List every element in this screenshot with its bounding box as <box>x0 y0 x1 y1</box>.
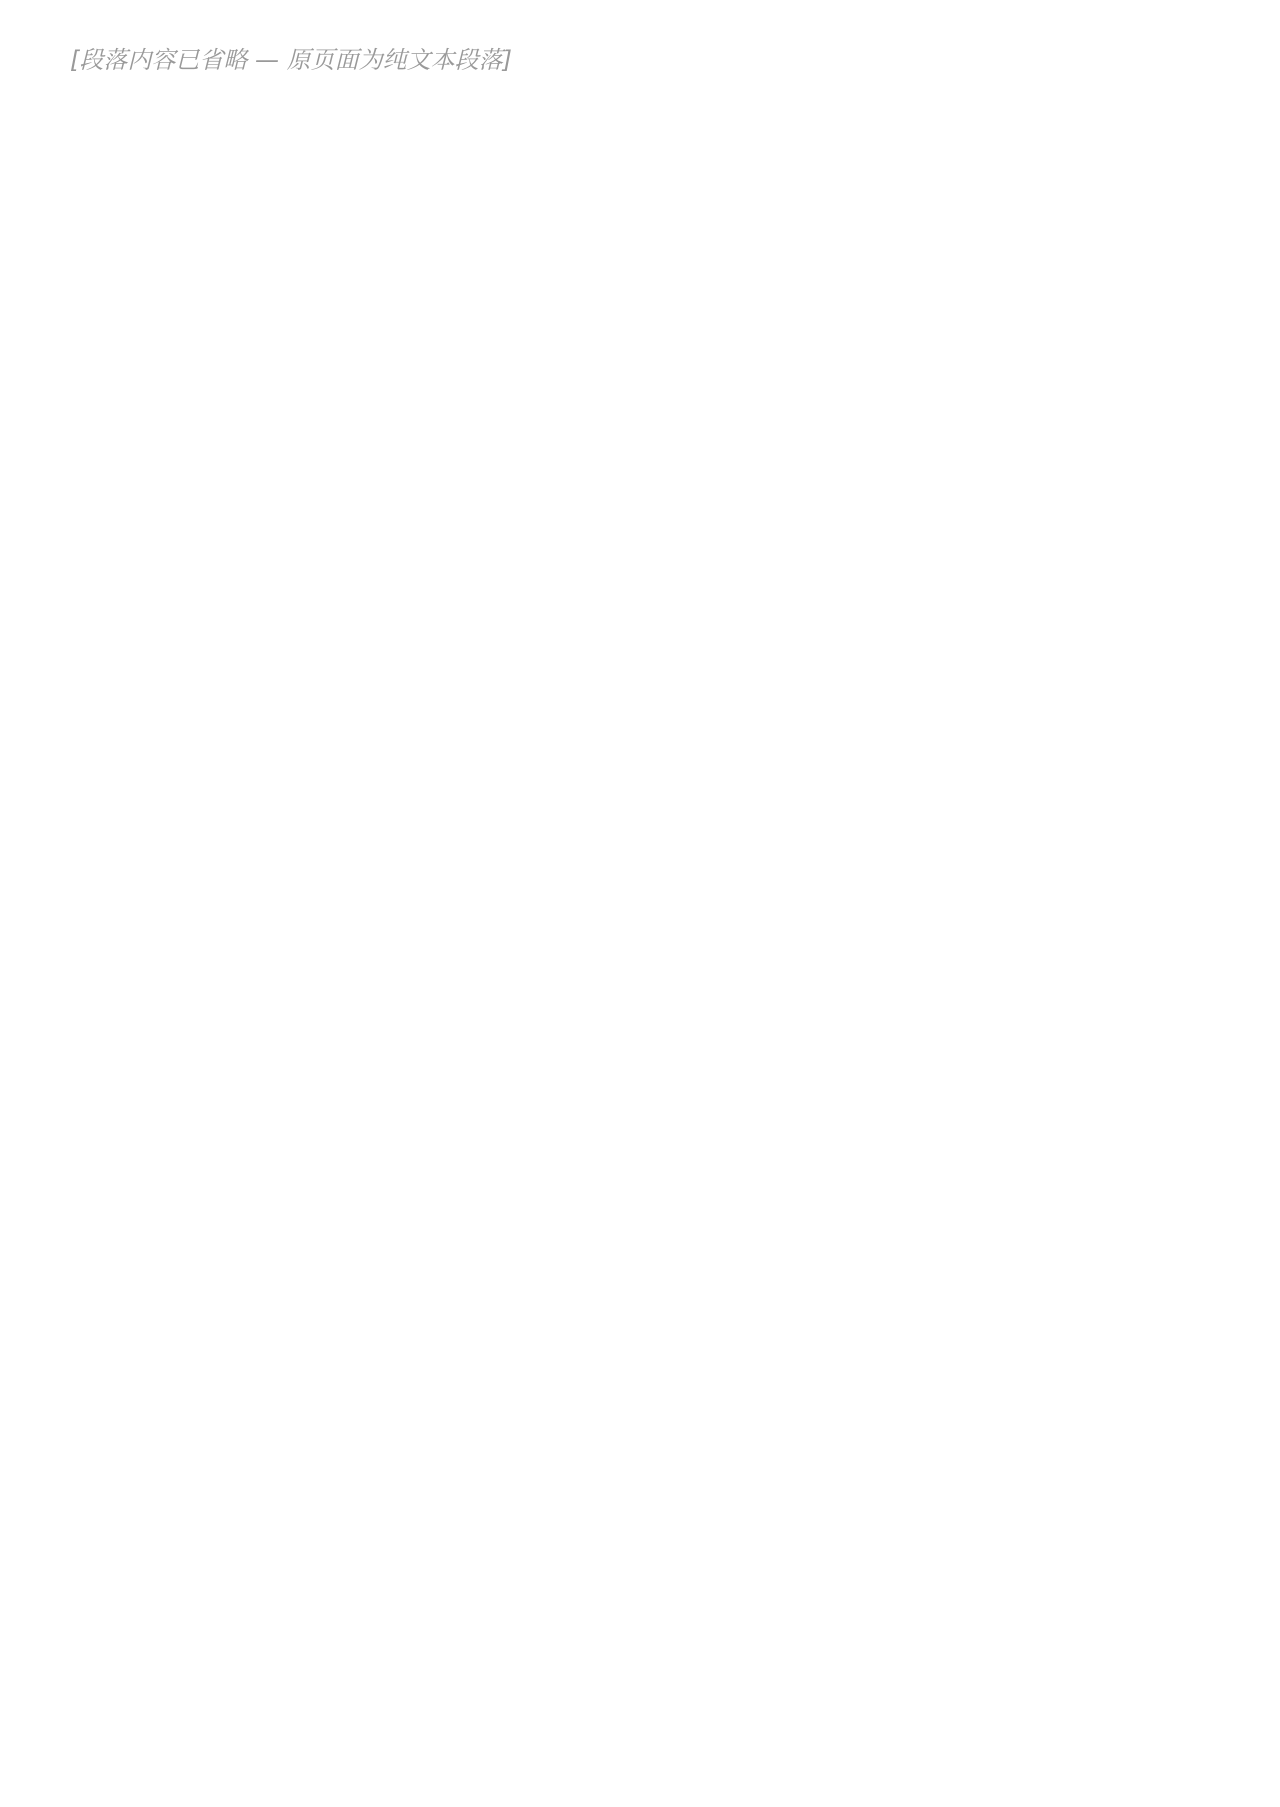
document-page: [段落内容已省略 — 原页面为纯文本段落] <box>0 0 1280 1807</box>
redacted-paragraph-text: [段落内容已省略 — 原页面为纯文本段落] <box>70 40 1210 81</box>
